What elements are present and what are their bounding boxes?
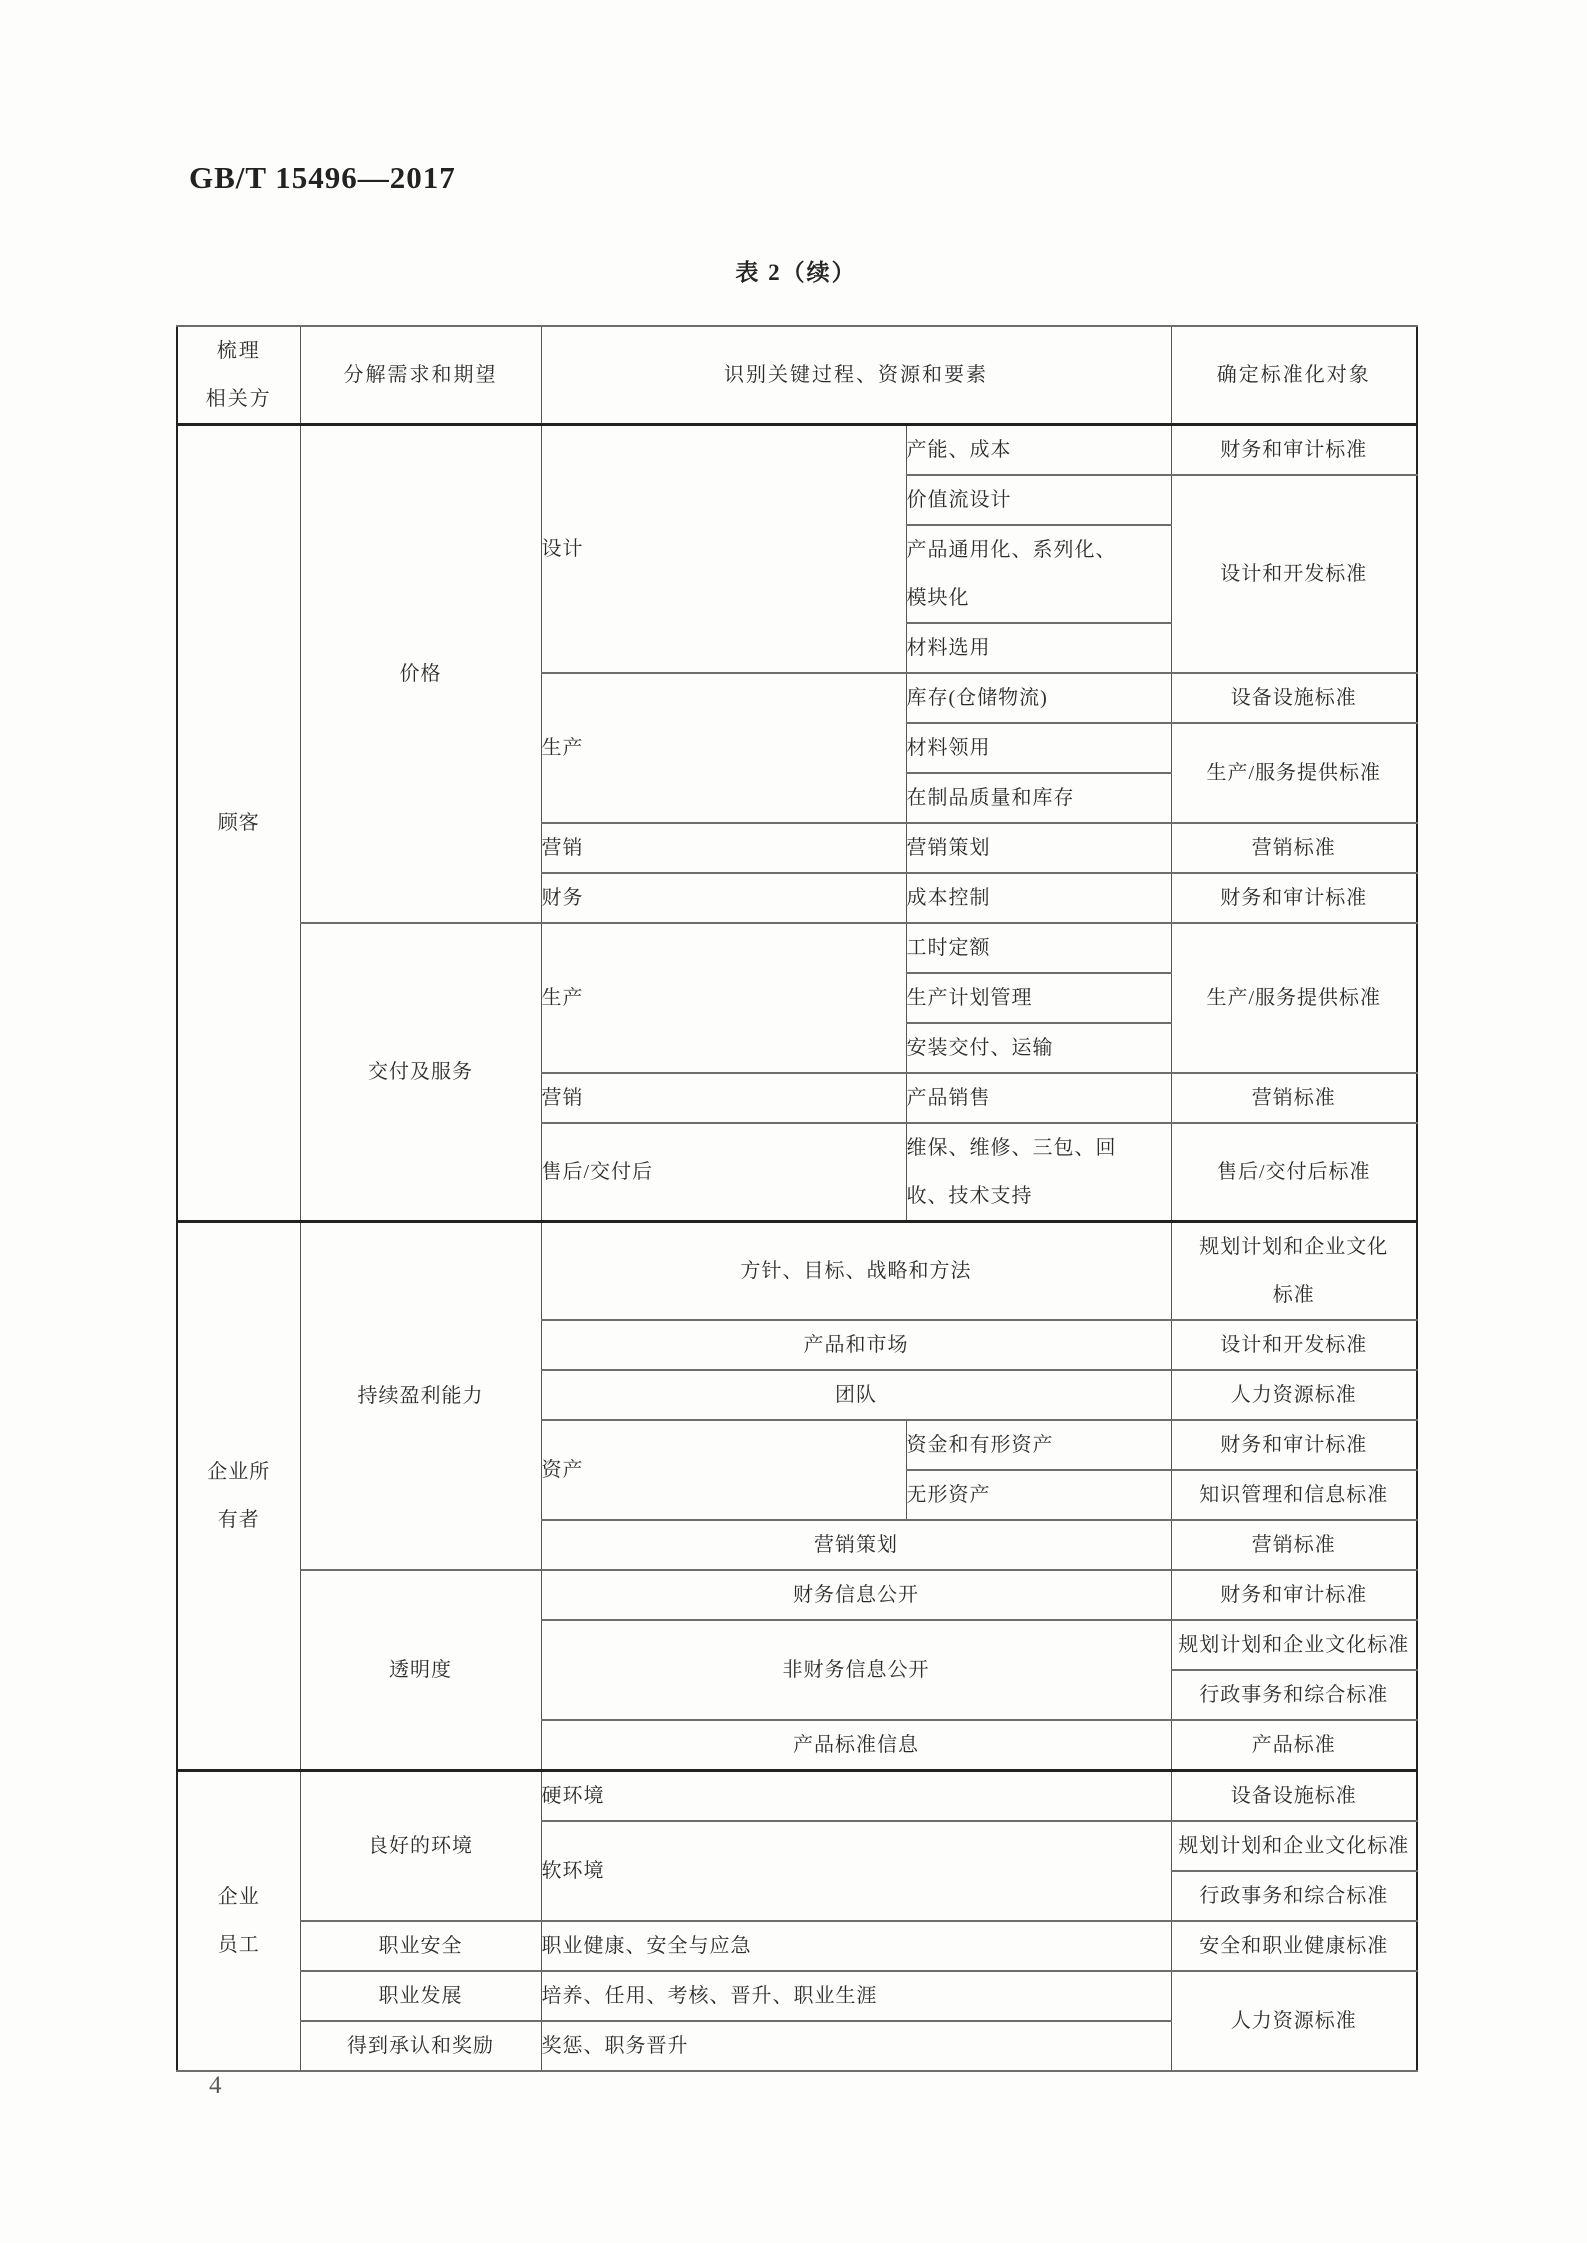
standard-cell: 财务和审计标准: [1171, 873, 1417, 923]
element-cell: 营销策划: [541, 1520, 1171, 1570]
table-row: 顾客 价格 设计 产能、成本 财务和审计标准: [177, 425, 1417, 476]
element-cell: 奖惩、职务晋升: [541, 2021, 1171, 2071]
standard-cell: 财务和审计标准: [1171, 1420, 1417, 1470]
element-cell: 资金和有形资产: [906, 1420, 1171, 1470]
table-row: 透明度 财务信息公开 财务和审计标准: [177, 1570, 1417, 1620]
element-cell: 软环境: [541, 1821, 1171, 1921]
standard-cell: 设备设施标准: [1171, 1771, 1417, 1822]
need-cell: 价格: [300, 425, 541, 924]
stakeholder-cell: 企业所 有者: [177, 1222, 300, 1771]
standard-cell: 售后/交付后标准: [1171, 1123, 1417, 1222]
process-cell: 营销: [541, 1073, 906, 1123]
standard-cell: 规划计划和企业文化标准: [1171, 1620, 1417, 1670]
standard-cell: 设计和开发标准: [1171, 1320, 1417, 1370]
element-cell: 产品销售: [906, 1073, 1171, 1123]
standard-cell: 知识管理和信息标准: [1171, 1470, 1417, 1520]
standard-cell: 人力资源标准: [1171, 1971, 1417, 2071]
standard-cell: 财务和审计标准: [1171, 1570, 1417, 1620]
standard-cell: 营销标准: [1171, 1073, 1417, 1123]
table-row: 交付及服务 生产 工时定额 生产/服务提供标准: [177, 923, 1417, 973]
need-cell: 得到承认和奖励: [300, 2021, 541, 2071]
standard-cell: 生产/服务提供标准: [1171, 723, 1417, 823]
element-cell: 硬环境: [541, 1771, 1171, 1822]
element-cell: 营销策划: [906, 823, 1171, 873]
header-needs: 分解需求和期望: [300, 326, 541, 425]
element-cell: 材料选用: [906, 623, 1171, 673]
table-header-row: 梳理 相关方 分解需求和期望 识别关键过程、资源和要素 确定标准化对象: [177, 326, 1417, 425]
standard-cell: 营销标准: [1171, 823, 1417, 873]
element-cell: 方针、目标、战略和方法: [541, 1222, 1171, 1321]
standard-cell: 生产/服务提供标准: [1171, 923, 1417, 1073]
element-cell: 培养、任用、考核、晋升、职业生涯: [541, 1971, 1171, 2021]
element-cell: 无形资产: [906, 1470, 1171, 1520]
element-cell: 成本控制: [906, 873, 1171, 923]
standard-cell: 规划计划和企业文化标准: [1171, 1821, 1417, 1871]
standard-cell: 设计和开发标准: [1171, 475, 1417, 673]
standard-cell: 行政事务和综合标准: [1171, 1871, 1417, 1921]
need-cell: 职业发展: [300, 1971, 541, 2021]
element-cell: 财务信息公开: [541, 1570, 1171, 1620]
standard-cell: 人力资源标准: [1171, 1370, 1417, 1420]
standard-cell: 营销标准: [1171, 1520, 1417, 1570]
table-row: 职业安全 职业健康、安全与应急 安全和职业健康标准: [177, 1921, 1417, 1971]
element-cell: 产品标准信息: [541, 1720, 1171, 1771]
element-cell: 在制品质量和库存: [906, 773, 1171, 823]
standard-cell: 设备设施标准: [1171, 673, 1417, 723]
element-cell: 维保、维修、三包、回 收、技术支持: [906, 1123, 1171, 1222]
element-cell: 生产计划管理: [906, 973, 1171, 1023]
process-cell: 营销: [541, 823, 906, 873]
table-row: 企业 员工 良好的环境 硬环境 设备设施标准: [177, 1771, 1417, 1822]
element-cell: 工时定额: [906, 923, 1171, 973]
header-process: 识别关键过程、资源和要素: [541, 326, 1171, 425]
standard-cell: 行政事务和综合标准: [1171, 1670, 1417, 1720]
process-cell: 资产: [541, 1420, 906, 1520]
standard-cell: 规划计划和企业文化 标准: [1171, 1222, 1417, 1321]
doc-number: GB/T 15496—2017: [189, 160, 456, 196]
need-cell: 持续盈利能力: [300, 1222, 541, 1571]
element-cell: 产能、成本: [906, 425, 1171, 476]
need-cell: 交付及服务: [300, 923, 541, 1222]
process-cell: 设计: [541, 425, 906, 674]
element-cell: 非财务信息公开: [541, 1620, 1171, 1720]
table-2-continued: 梳理 相关方 分解需求和期望 识别关键过程、资源和要素 确定标准化对象 顾客 价…: [176, 325, 1418, 2072]
element-cell: 产品通用化、系列化、 模块化: [906, 525, 1171, 623]
process-cell: 生产: [541, 923, 906, 1073]
table-title: 表 2（续）: [176, 254, 1416, 287]
process-cell: 财务: [541, 873, 906, 923]
table-row: 职业发展 培养、任用、考核、晋升、职业生涯 人力资源标准: [177, 1971, 1417, 2021]
standard-cell: 产品标准: [1171, 1720, 1417, 1771]
need-cell: 透明度: [300, 1570, 541, 1771]
element-cell: 团队: [541, 1370, 1171, 1420]
header-stakeholder: 梳理 相关方: [177, 326, 300, 425]
element-cell: 产品和市场: [541, 1320, 1171, 1370]
need-cell: 良好的环境: [300, 1771, 541, 1922]
process-cell: 售后/交付后: [541, 1123, 906, 1222]
stakeholder-cell: 顾客: [177, 425, 300, 1222]
element-cell: 价值流设计: [906, 475, 1171, 525]
process-cell: 生产: [541, 673, 906, 823]
header-object: 确定标准化对象: [1171, 326, 1417, 425]
element-cell: 库存(仓储物流): [906, 673, 1171, 723]
element-cell: 职业健康、安全与应急: [541, 1921, 1171, 1971]
page-number: 4: [209, 2072, 222, 2100]
element-cell: 材料领用: [906, 723, 1171, 773]
element-cell: 安装交付、运输: [906, 1023, 1171, 1073]
stakeholder-cell: 企业 员工: [177, 1771, 300, 2072]
standard-cell: 财务和审计标准: [1171, 425, 1417, 476]
table-row: 企业所 有者 持续盈利能力 方针、目标、战略和方法 规划计划和企业文化 标准: [177, 1222, 1417, 1321]
need-cell: 职业安全: [300, 1921, 541, 1971]
standard-cell: 安全和职业健康标准: [1171, 1921, 1417, 1971]
